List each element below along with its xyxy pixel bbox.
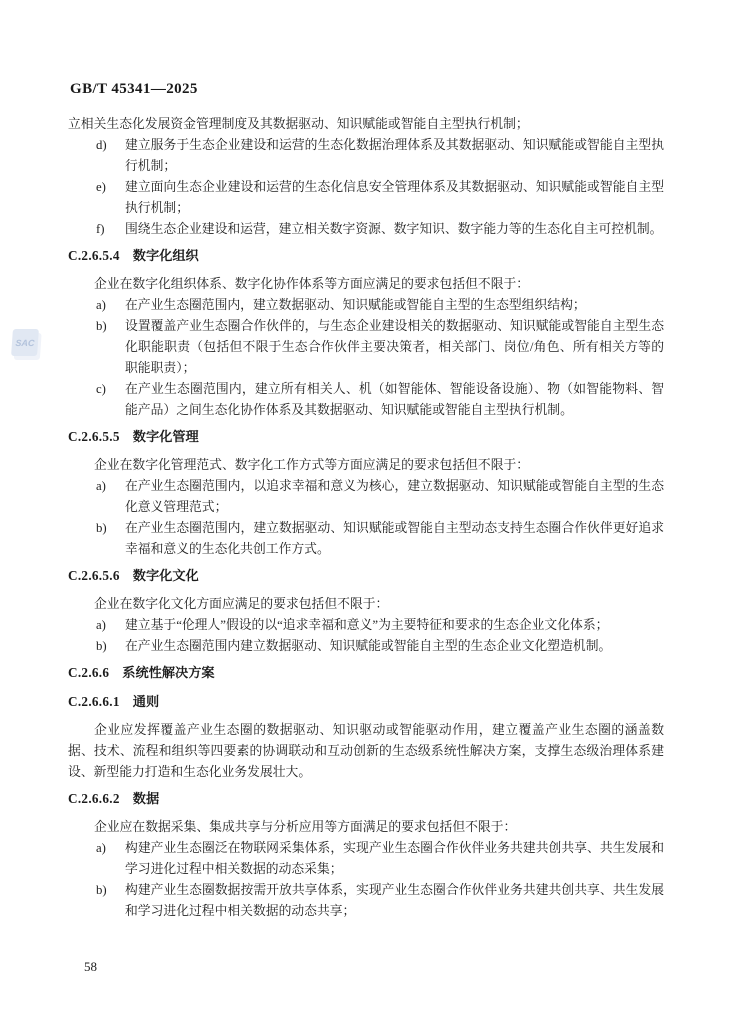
- section-number: C.2.6.6.1: [68, 694, 120, 709]
- body-paragraph: 企业应发挥覆盖产业生态圈的数据驱动、知识驱动或智能驱动作用，建立覆盖产业生态圈的…: [68, 720, 664, 783]
- list-item-text: 构建产业生态圈数据按需开放共享体系，实现产业生态圈合作伙伴业务共建共创共享、共生…: [125, 883, 664, 918]
- page-number: 58: [84, 956, 97, 977]
- list-marker: a): [96, 476, 106, 497]
- section-number: C.2.6.5.6: [68, 568, 120, 583]
- section-title: 数字化文化: [133, 568, 199, 583]
- section-heading-c26622: C.2.6.6.2数据: [68, 788, 664, 809]
- list-marker: e): [96, 177, 106, 198]
- section-heading-c266: C.2.6.6系统性解决方案: [68, 662, 664, 683]
- list-marker: a): [96, 295, 106, 316]
- list-item-b: b) 在产业生态圈范围内建立数据驱动、知识赋能或智能自主型的生态企业文化塑造机制…: [68, 636, 664, 657]
- section-heading-c26555: C.2.6.5.5数字化管理: [68, 426, 664, 447]
- section-intro: 企业应在数据采集、集成共享与分析应用等方面满足的要求包括但不限于：: [68, 817, 664, 838]
- section-title: 通则: [133, 694, 159, 709]
- list-item-a: a) 构建产业生态圈泛在物联网采集体系，实现产业生态圈合作伙伴业务共建共创共享、…: [68, 838, 664, 880]
- section-number: C.2.6.5.4: [68, 248, 120, 263]
- section-intro: 企业在数字化管理范式、数字化工作方式等方面应满足的要求包括但不限于：: [68, 455, 664, 476]
- section-number: C.2.6.6.2: [68, 791, 120, 806]
- section-heading-c26544: C.2.6.5.4数字化组织: [68, 245, 664, 266]
- list-marker: b): [96, 518, 107, 539]
- list-item-e: e) 建立面向生态企业建设和运营的生态化信息安全管理体系及其数据驱动、知识赋能或…: [68, 177, 664, 219]
- list-item-text: 建立基于“伦理人”假设的以“追求幸福和意义”为主要特征和要求的生态企业文化体系；: [125, 618, 608, 632]
- list-item-a: a) 在产业生态圈范围内，建立数据驱动、知识赋能或智能自主型的生态型组织结构；: [68, 295, 664, 316]
- section-number: C.2.6.5.5: [68, 429, 120, 444]
- list-marker: a): [96, 615, 106, 636]
- sac-logo-watermark: SAC: [11, 329, 39, 356]
- section-title: 数字化管理: [133, 429, 199, 444]
- list-marker: b): [96, 636, 107, 657]
- section-title: 系统性解决方案: [122, 665, 214, 680]
- list-marker: b): [96, 880, 107, 901]
- list-item-a: a) 在产业生态圈范围内，以追求幸福和意义为核心，建立数据驱动、知识赋能或智能自…: [68, 476, 664, 518]
- section-heading-c26566: C.2.6.5.6数字化文化: [68, 565, 664, 586]
- list-item-c: c) 在产业生态圈范围内，建立所有相关人、机（如智能体、智能设备设施）、物（如智…: [68, 379, 664, 421]
- list-item-text: 围绕生态企业建设和运营，建立相关数字资源、数字知识、数字能力等的生态化自主可控机…: [125, 222, 662, 236]
- section-intro: 企业在数字化组织体系、数字化协作体系等方面应满足的要求包括但不限于：: [68, 274, 664, 295]
- list-marker: d): [96, 135, 107, 156]
- list-item-text: 建立面向生态企业建设和运营的生态化信息安全管理体系及其数据驱动、知识赋能或智能自…: [125, 180, 664, 215]
- section-number: C.2.6.6: [68, 665, 109, 680]
- list-item-text: 构建产业生态圈泛在物联网采集体系，实现产业生态圈合作伙伴业务共建共创共享、共生发…: [125, 841, 664, 876]
- list-item-b: b) 构建产业生态圈数据按需开放共享体系，实现产业生态圈合作伙伴业务共建共创共享…: [68, 880, 664, 922]
- list-marker: f): [96, 219, 105, 240]
- section-heading-c26611: C.2.6.6.1通则: [68, 691, 664, 712]
- list-item-d: d) 建立服务于生态企业建设和运营的生态化数据治理体系及其数据驱动、知识赋能或智…: [68, 135, 664, 177]
- standard-number-header: GB/T 45341—2025: [70, 81, 198, 98]
- list-item-text: 设置覆盖产业生态圈合作伙伴的，与生态企业建设相关的数据驱动、知识赋能或智能自主型…: [125, 319, 664, 375]
- continuation-text: 立相关生态化发展资金管理制度及其数据驱动、知识赋能或智能自主型执行机制；: [68, 114, 664, 135]
- list-item-a: a) 建立基于“伦理人”假设的以“追求幸福和意义”为主要特征和要求的生态企业文化…: [68, 615, 664, 636]
- list-item-text: 在产业生态圈范围内，建立数据驱动、知识赋能或智能自主型动态支持生态圈合作伙伴更好…: [125, 521, 664, 556]
- standard-document-page: SAC GB/T 45341—2025 立相关生态化发展资金管理制度及其数据驱动…: [0, 0, 729, 1034]
- section-title: 数字化组织: [133, 248, 199, 263]
- list-marker: c): [96, 379, 106, 400]
- list-item-text: 建立服务于生态企业建设和运营的生态化数据治理体系及其数据驱动、知识赋能或智能自主…: [125, 138, 664, 173]
- list-item-text: 在产业生态圈范围内建立数据驱动、知识赋能或智能自主型的生态企业文化塑造机制。: [125, 639, 611, 653]
- list-item-b: b) 在产业生态圈范围内，建立数据驱动、知识赋能或智能自主型动态支持生态圈合作伙…: [68, 518, 664, 560]
- list-marker: a): [96, 838, 106, 859]
- list-item-text: 在产业生态圈范围内，以追求幸福和意义为核心，建立数据驱动、知识赋能或智能自主型的…: [125, 479, 664, 514]
- document-content: 立相关生态化发展资金管理制度及其数据驱动、知识赋能或智能自主型执行机制； d) …: [68, 114, 664, 922]
- list-item-b: b) 设置覆盖产业生态圈合作伙伴的，与生态企业建设相关的数据驱动、知识赋能或智能…: [68, 316, 664, 379]
- section-title: 数据: [133, 791, 159, 806]
- section-intro: 企业在数字化文化方面应满足的要求包括但不限于：: [68, 594, 664, 615]
- list-item-text: 在产业生态圈范围内，建立数据驱动、知识赋能或智能自主型的生态型组织结构；: [125, 298, 586, 312]
- list-marker: b): [96, 316, 107, 337]
- list-item-f: f) 围绕生态企业建设和运营，建立相关数字资源、数字知识、数字能力等的生态化自主…: [68, 219, 664, 240]
- list-item-text: 在产业生态圈范围内，建立所有相关人、机（如智能体、智能设备设施）、物（如智能物料…: [125, 382, 664, 417]
